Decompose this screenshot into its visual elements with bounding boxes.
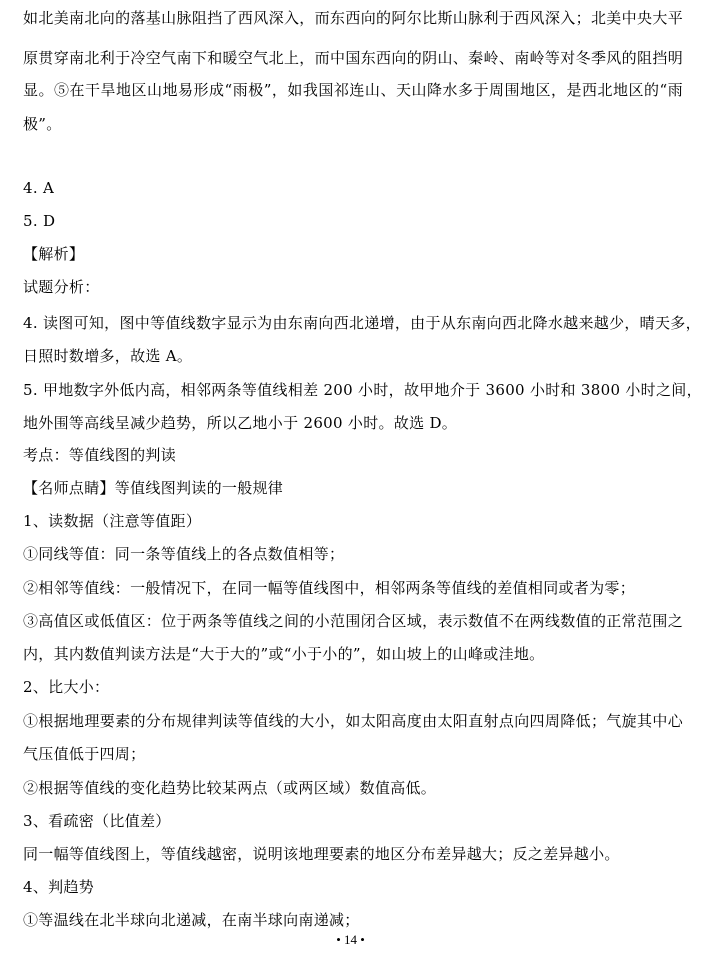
text-line: 考点：等值线图的判读 <box>23 445 683 465</box>
page-number: • 14 • <box>0 932 701 948</box>
text-line: ①等温线在北半球向北递减，在南半球向南递减； <box>23 910 683 930</box>
text-line: 2、比大小： <box>23 677 683 697</box>
text-line: 显。⑤在干旱地区山地易形成“雨极”，如我国祁连山、天山降水多于周围地区，是西北地… <box>23 80 683 100</box>
text-line: 内，其内数值判读方法是“大于大的”或“小于小的”，如山坡上的山峰或洼地。 <box>23 644 683 664</box>
text-line: 4. 读图可知，图中等值线数字显示为由东南向西北递增，由于从东南向西北降水越来越… <box>23 313 683 333</box>
text-line: 试题分析： <box>23 277 683 297</box>
text-line: 5. D <box>23 211 683 231</box>
text-line: 3、看疏密（比值差） <box>23 811 683 831</box>
text-line: 【解析】 <box>23 244 683 264</box>
text-line: ③高值区或低值区：位于两条等值线之间的小范围闭合区域，表示数值不在两线数值的正常… <box>23 611 683 631</box>
text-line: 同一幅等值线图上，等值线越密，说明该地理要素的地区分布差异越大；反之差异越小。 <box>23 844 683 864</box>
text-line: 日照时数增多，故选 A。 <box>23 346 683 366</box>
text-line: 原贯穿南北利于冷空气南下和暖空气北上，而中国东西向的阴山、秦岭、南岭等对冬季风的… <box>23 48 683 68</box>
text-line: ①同线等值：同一条等值线上的各点数值相等； <box>23 544 683 564</box>
text-line: 4. A <box>23 178 683 198</box>
text-line: 1、读数据（注意等值距） <box>23 511 683 531</box>
document-page: 如北美南北向的落基山脉阻挡了西风深入，而东西向的阿尔比斯山脉利于西风深入；北美中… <box>0 0 701 965</box>
text-line: 极”。 <box>23 114 683 134</box>
text-line: 如北美南北向的落基山脉阻挡了西风深入，而东西向的阿尔比斯山脉利于西风深入；北美中… <box>23 8 683 28</box>
text-line: 【名师点睛】等值线图判读的一般规律 <box>23 478 683 498</box>
text-line: ①根据地理要素的分布规律判读等值线的大小，如太阳高度由太阳直射点向四周降低；气旋… <box>23 711 683 731</box>
text-line: ②相邻等值线：一般情况下，在同一幅等值线图中，相邻两条等值线的差值相同或者为零； <box>23 578 683 598</box>
text-line: ②根据等值线的变化趋势比较某两点（或两区域）数值高低。 <box>23 778 683 798</box>
text-line: 5. 甲地数字外低内高，相邻两条等值线相差 200 小时，故甲地介于 3600 … <box>23 380 683 400</box>
text-line: 气压值低于四周； <box>23 744 683 764</box>
text-line: 4、判趋势 <box>23 877 683 897</box>
text-line: 地外围等高线呈减少趋势，所以乙地小于 2600 小时。故选 D。 <box>23 413 683 433</box>
